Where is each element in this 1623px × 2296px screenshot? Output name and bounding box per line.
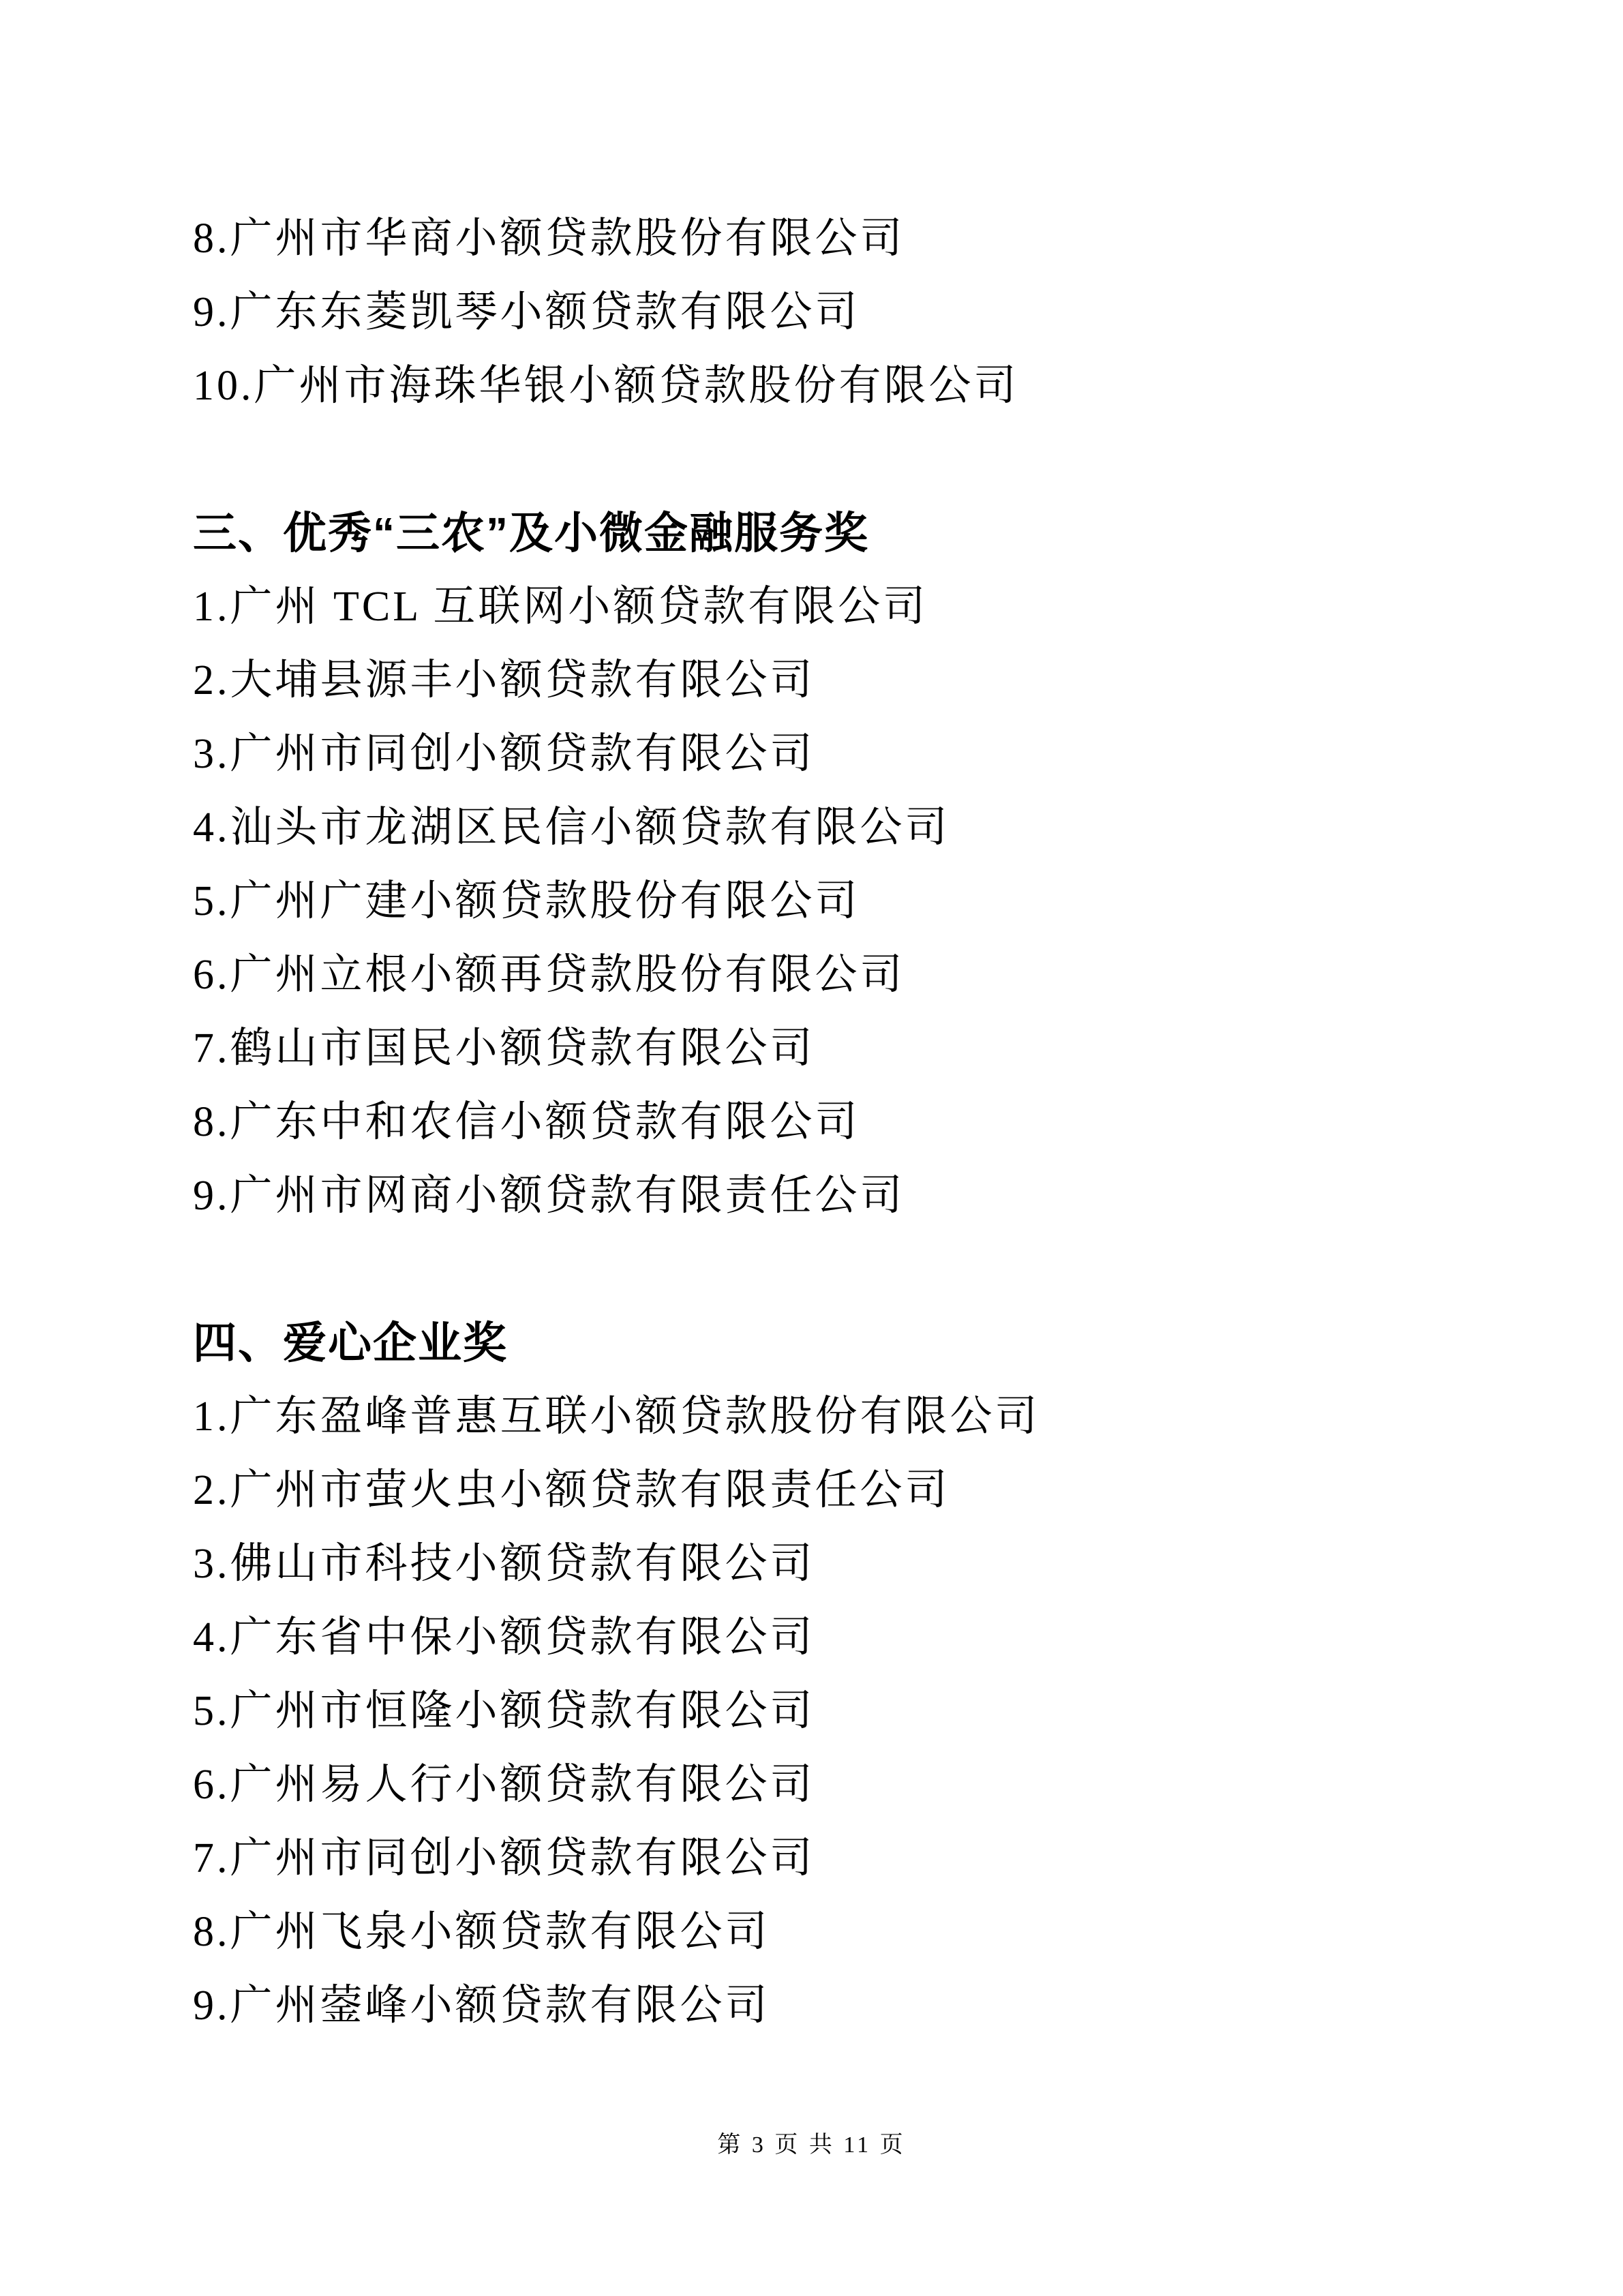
- list-item: 5.广州市恒隆小额贷款有限公司: [193, 1674, 1521, 1748]
- document-page: 8.广州市华商小额贷款股份有限公司9.广东东菱凯琴小额贷款有限公司10.广州市海…: [0, 0, 1623, 2296]
- section-heading: 四、爱心企业奖: [193, 1306, 1521, 1380]
- list-item: 4.汕头市龙湖区民信小额贷款有限公司: [193, 791, 1521, 864]
- page-footer: 第 3 页 共 11 页: [0, 2126, 1623, 2159]
- list-item: 3.广州市同创小额贷款有限公司: [193, 717, 1521, 791]
- list-item: 10.广州市海珠华银小额贷款股份有限公司: [193, 349, 1521, 423]
- list-item: 9.广州蓥峰小额贷款有限公司: [193, 1969, 1521, 2042]
- list-item: 7.鹤山市国民小额贷款有限公司: [193, 1012, 1521, 1085]
- page-number-label: 第 3 页 共 11 页: [717, 2132, 905, 2158]
- award-winner-list: 8.广州市华商小额贷款股份有限公司9.广东东菱凯琴小额贷款有限公司10.广州市海…: [193, 202, 1521, 2042]
- list-item: 9.广东东菱凯琴小额贷款有限公司: [193, 275, 1521, 349]
- list-item: 5.广州广建小额贷款股份有限公司: [193, 864, 1521, 938]
- list-item: 2.广州市萤火虫小额贷款有限责任公司: [193, 1453, 1521, 1527]
- list-item: 7.广州市同创小额贷款有限公司: [193, 1822, 1521, 1895]
- list-item: 2.大埔县源丰小额贷款有限公司: [193, 644, 1521, 717]
- list-item: 4.广东省中保小额贷款有限公司: [193, 1601, 1521, 1674]
- list-item: 3.佛山市科技小额贷款有限公司: [193, 1527, 1521, 1601]
- list-item: 8.广东中和农信小额贷款有限公司: [193, 1085, 1521, 1159]
- list-item: 1.广东盈峰普惠互联小额贷款股份有限公司: [193, 1380, 1521, 1453]
- list-item: 1.广州 TCL 互联网小额贷款有限公司: [193, 570, 1521, 644]
- list-item: 6.广州立根小额再贷款股份有限公司: [193, 938, 1521, 1012]
- section-heading: 三、优秀“三农”及小微金融服务奖: [193, 496, 1521, 570]
- list-item: 8.广州市华商小额贷款股份有限公司: [193, 202, 1521, 275]
- list-item: 6.广州易人行小额贷款有限公司: [193, 1748, 1521, 1822]
- list-item: 9.广州市网商小额贷款有限责任公司: [193, 1159, 1521, 1233]
- list-item: 8.广州飞泉小额贷款有限公司: [193, 1895, 1521, 1969]
